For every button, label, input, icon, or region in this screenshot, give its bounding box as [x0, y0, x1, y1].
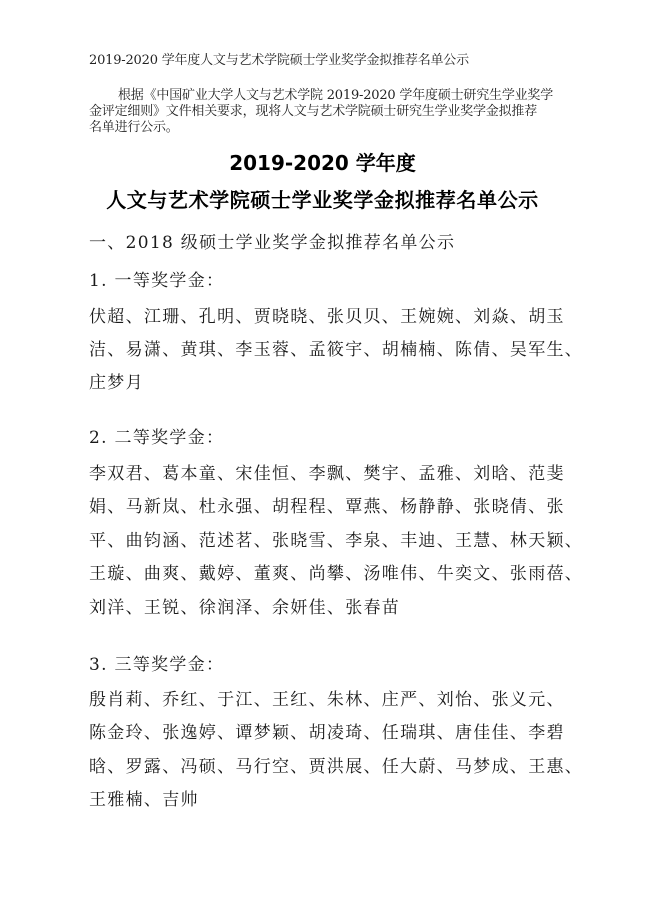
tier-1-names-line: 洁、易潇、黄琪、李玉蓉、孟筱宇、胡楠楠、陈倩、吴军生、: [89, 340, 583, 360]
tier-2-names-line: 王璇、曲爽、戴婷、董爽、尚攀、汤唯伟、牛奕文、张雨蓓、: [89, 564, 583, 584]
tier-2-names-line: 刘洋、王锐、徐润泽、余妍佳、张春苗: [89, 598, 400, 618]
tier-1-names-line: 伏超、江珊、孔明、贾晓晓、张贝贝、王婉婉、刘焱、胡玉: [89, 307, 565, 327]
tier-2-names-line: 娟、马新岚、杜永强、胡程程、覃燕、杨静静、张晓倩、张: [89, 497, 565, 517]
intro-line-3: 名单进行公示。: [89, 120, 179, 136]
tier-3-names-line: 陈金玲、张逸婷、谭梦颖、胡凌琦、任瑞琪、唐佳佳、李碧: [89, 723, 565, 743]
title-line-2: 人文与艺术学院硕士学业奖学金拟推荐名单公示: [0, 184, 645, 213]
tier-2-names-line: 李双君、葛本童、宋佳恒、李飘、樊宇、孟雅、刘晗、范斐: [89, 464, 565, 484]
header-line: 2019-2020 学年度人文与艺术学院硕士学业奖学金拟推荐名单公示: [89, 53, 469, 69]
tier-3-names-line: 晗、罗露、冯硕、马行空、贾洪展、任大蔚、马梦成、王惠、: [89, 757, 583, 777]
tier-1-names-line: 庄梦月: [89, 373, 144, 393]
tier-3-names-line: 王雅楠、吉帅: [89, 790, 199, 810]
tier-2-names-line: 平、曲钧涵、范述茗、张晓雪、李泉、丰迪、王慧、林天颖、: [89, 531, 583, 551]
section-heading: 一、2018 级硕士学业奖学金拟推荐名单公示: [89, 233, 455, 253]
tier-3-names-line: 殷肖莉、乔红、于江、王红、朱林、庄严、刘怡、张义元、: [89, 690, 565, 710]
intro-line-2: 金评定细则》文件相关要求，现将人文与艺术学院硕士研究生学业奖学金拟推荐: [89, 104, 537, 120]
title-line-1: 2019-2020 学年度: [0, 147, 645, 176]
intro-line-1: 根据《中国矿业大学人文与艺术学院 2019-2020 学年度硕士研究生学业奖学: [118, 88, 553, 104]
tier-3-heading: 3. 三等奖学金：: [89, 655, 224, 675]
document-page: 2019-2020 学年度人文与艺术学院硕士学业奖学金拟推荐名单公示 根据《中国…: [0, 0, 645, 899]
tier-2-heading: 2. 二等奖学金：: [89, 428, 224, 448]
tier-1-heading: 1. 一等奖学金：: [89, 271, 224, 291]
